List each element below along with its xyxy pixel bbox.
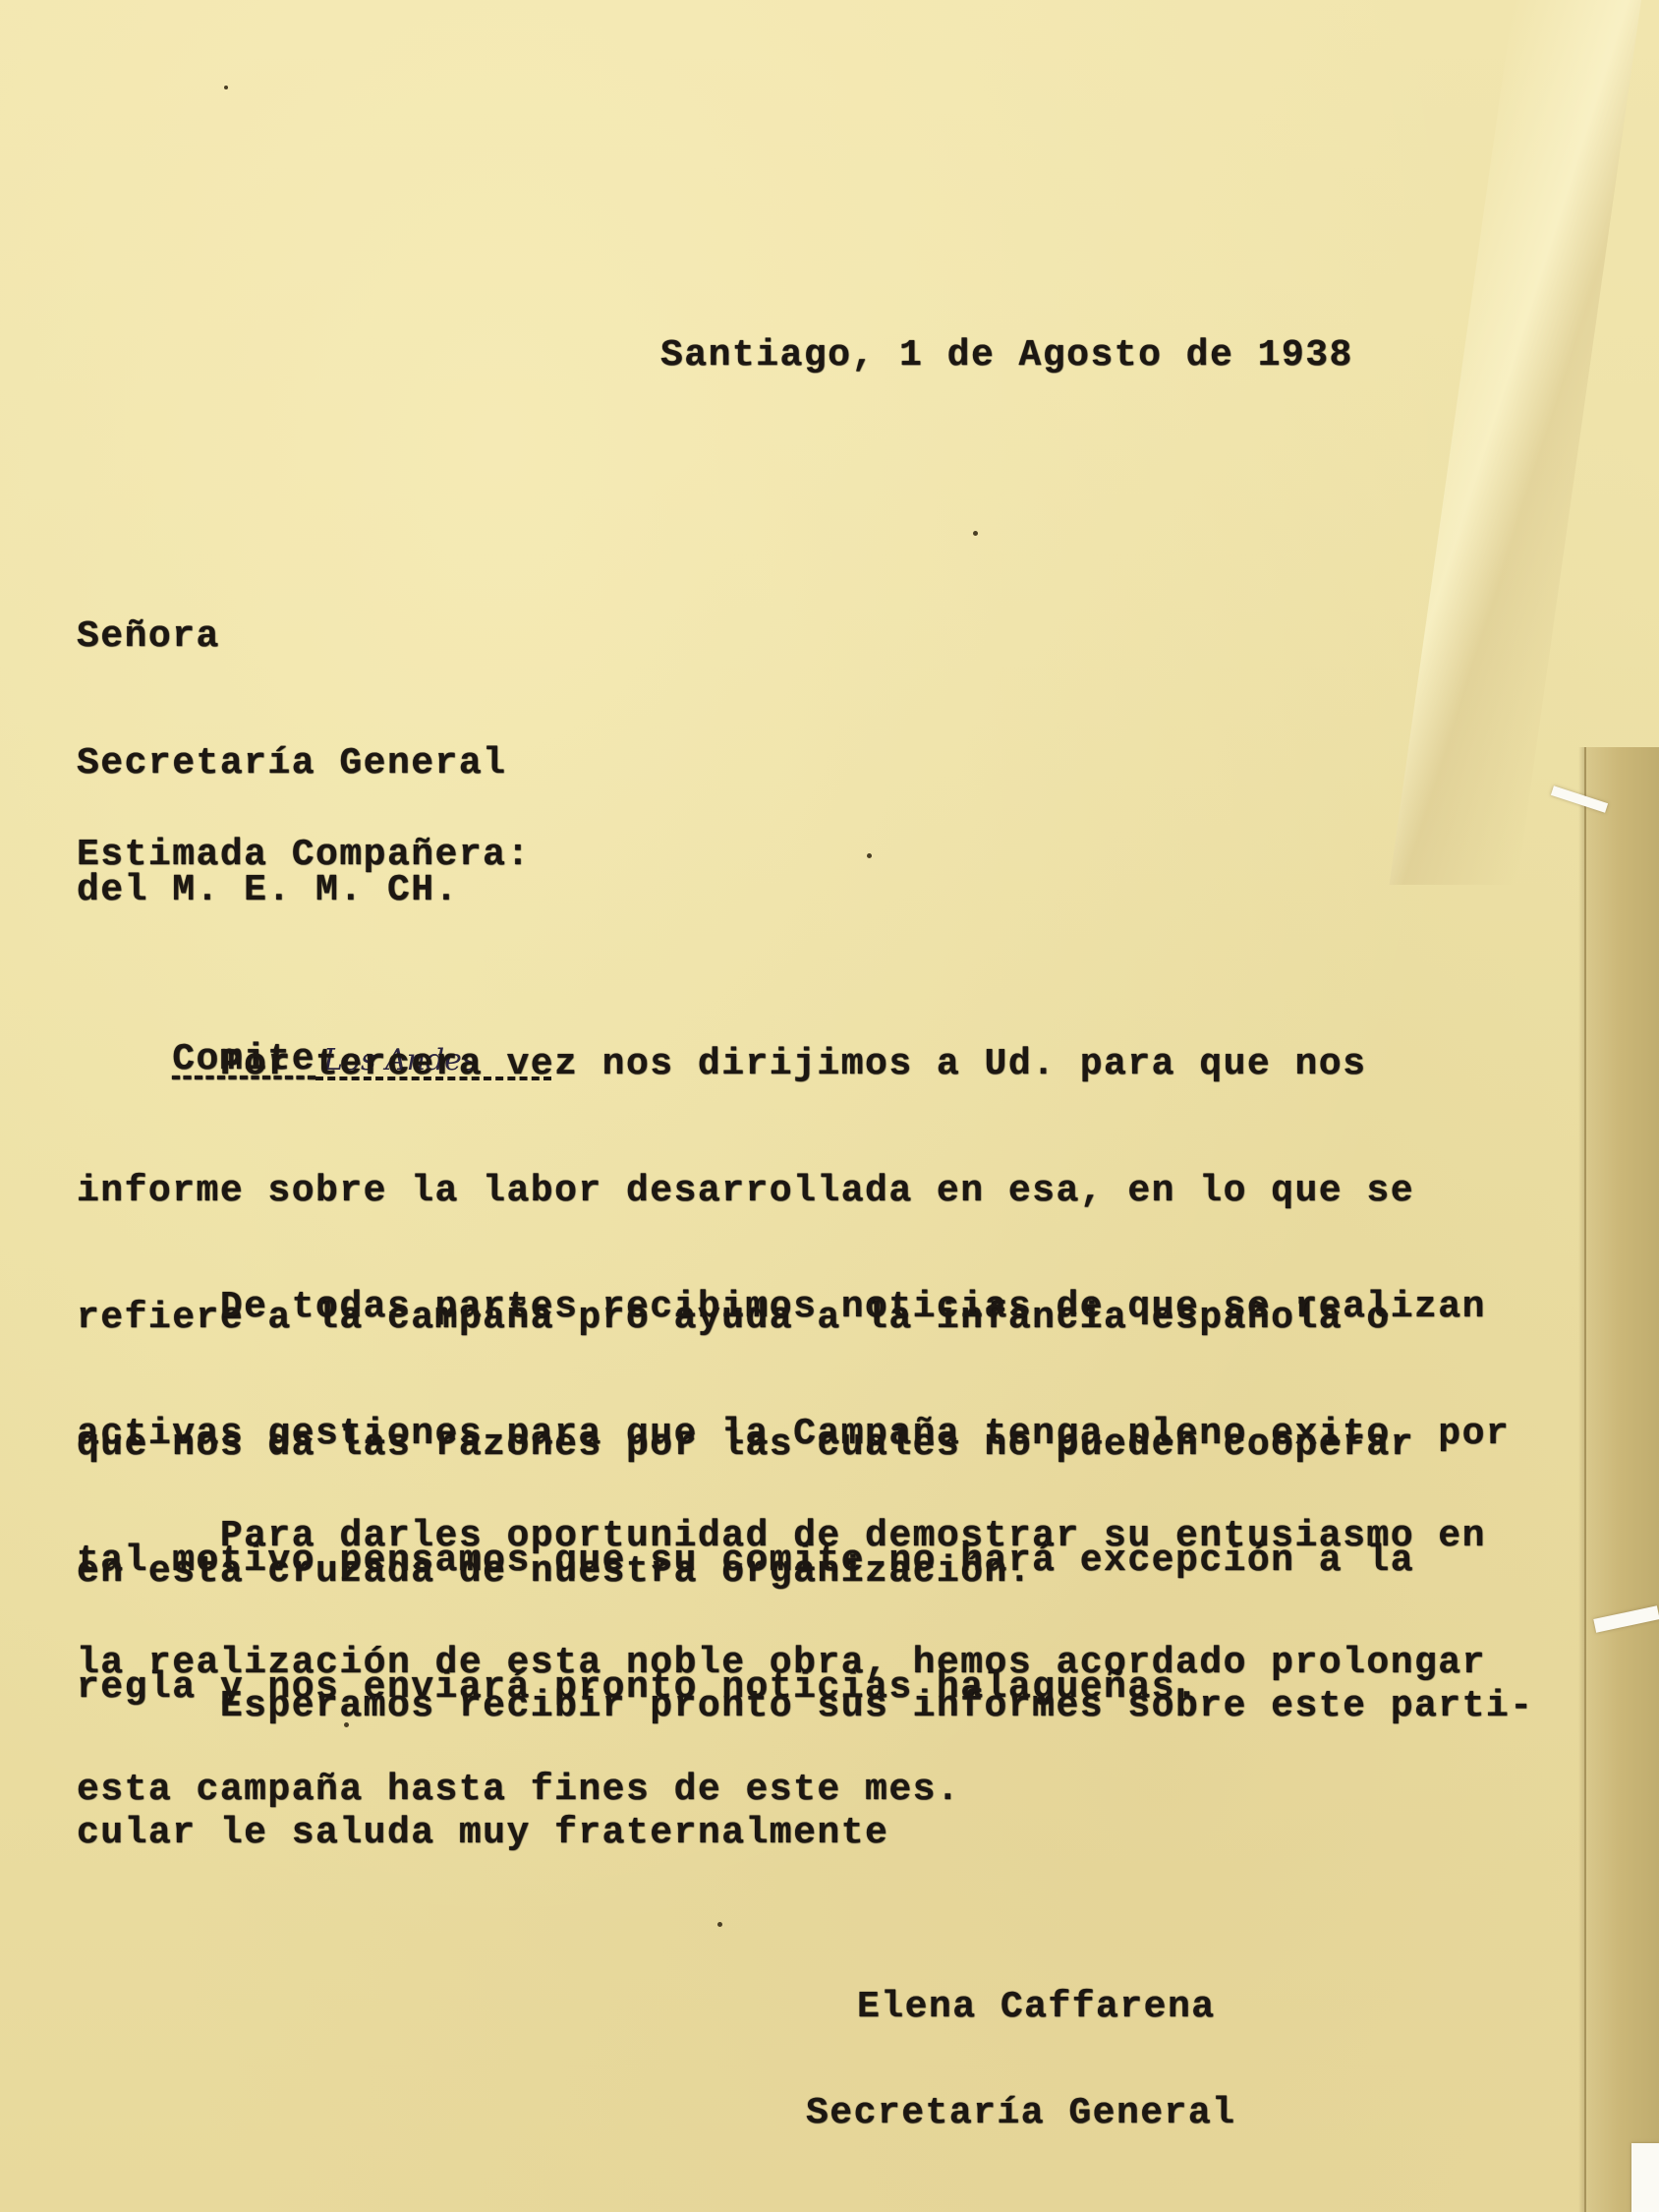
signatory-title: Secretaría General bbox=[806, 2096, 1235, 2131]
recipient-salutation-title: Señora bbox=[77, 615, 551, 658]
paper-speck bbox=[867, 853, 872, 858]
paragraph-line: Para darles oportunidad de demostrar su … bbox=[77, 1515, 1486, 1557]
letter-paragraph-4: Esperamos recibir pronto sus informes so… bbox=[77, 1601, 1534, 1896]
paper-speck bbox=[717, 1922, 722, 1927]
paragraph-line: Esperamos recibir pronto sus informes so… bbox=[77, 1685, 1534, 1727]
recipient-position: Secretaría General bbox=[77, 742, 551, 785]
letter-date: Santiago, 1 de Agosto de 1938 bbox=[660, 334, 1353, 377]
paragraph-line: Por tercera vez nos dirijimos a Ud. para… bbox=[77, 1043, 1414, 1085]
paper-speck bbox=[224, 86, 228, 89]
signatory-name: Elena Caffarena bbox=[806, 1990, 1235, 2025]
signature-block: Elena Caffarena Secretaría General bbox=[806, 1919, 1235, 2167]
letter-salutation: Estimada Compañera: bbox=[77, 834, 531, 876]
paper-right-flap bbox=[1584, 747, 1659, 2212]
paper-tear bbox=[1631, 2143, 1659, 2212]
paper-speck bbox=[973, 531, 978, 536]
paragraph-line: De todas partes recibimos noticias de qu… bbox=[77, 1286, 1510, 1328]
paragraph-line: cular le saluda muy fraternalmente bbox=[77, 1812, 1534, 1854]
